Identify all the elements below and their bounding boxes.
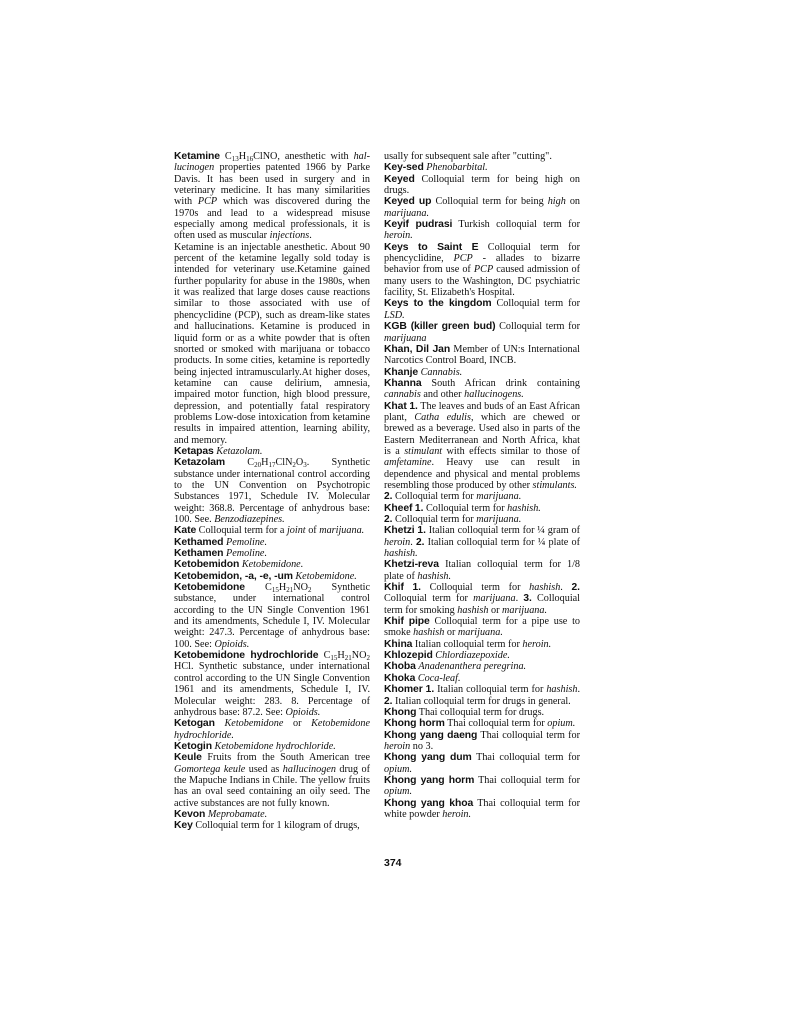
- entry-text: [215, 718, 225, 729]
- entry-headword: Ketogin: [174, 741, 212, 752]
- entry-headword: Key-sed: [384, 162, 424, 173]
- entry-text: 1.: [409, 401, 418, 412]
- dictionary-entry: Ketobemidone C15H21NO2 Synthetic substan…: [174, 582, 370, 650]
- dictionary-entry: Ketobemidon, -a, -e, -um Ketobemidone.: [174, 571, 370, 582]
- entry-text: Thai colloquial term for: [472, 752, 580, 763]
- dictionary-entry: Khong horm Thai colloquial term for opiu…: [384, 718, 580, 729]
- dictionary-entry: Ketazolam C20H17ClN2O3. Synthetic substa…: [174, 457, 370, 525]
- dictionary-entry: Ketogin Ketobemidone hydrochloride.: [174, 741, 370, 752]
- entry-headword: Kate: [174, 525, 196, 536]
- dictionary-entry: Khanje Cannabis.: [384, 367, 580, 378]
- dictionary-entry: Khong yang khoa Thai colloquial term for…: [384, 798, 580, 821]
- entry-crossref: heroin: [384, 537, 410, 548]
- entry-text: no 3.: [410, 741, 433, 752]
- dictionary-entry: Ketamine is an injectable anesthetic. Ab…: [174, 242, 370, 446]
- dictionary-entry: Kethamed Pemoline.: [174, 537, 370, 548]
- dictionary-entry: 2. Colloquial term for marijuana.: [384, 514, 580, 525]
- entry-text: 3.: [523, 593, 532, 604]
- entry-crossref: marijuana.: [476, 491, 521, 502]
- entry-headword: Khong yang khoa: [384, 798, 473, 809]
- dictionary-entry: Keule Fruits from the South American tre…: [174, 752, 370, 809]
- entry-headword: Khat: [384, 401, 407, 412]
- entry-crossref: stimulant: [404, 446, 442, 457]
- dictionary-entry: Khanna South African drink containing ca…: [384, 378, 580, 401]
- entry-text: Italian colloquial term for drugs in gen…: [393, 696, 571, 707]
- entry-text: .: [560, 582, 571, 593]
- dictionary-entry: Khong yang dum Thai colloquial term for …: [384, 752, 580, 775]
- dictionary-entry: 2. Colloquial term for marijuana.: [384, 491, 580, 502]
- entry-text: 2.: [384, 514, 393, 525]
- entry-text: or: [283, 718, 311, 729]
- entry-headword: Khomer: [384, 684, 423, 695]
- entry-headword: Ketobemidone hydrochloride: [174, 650, 318, 661]
- entry-headword: Khanje: [384, 367, 418, 378]
- entry-headword: Khetzi: [384, 525, 415, 536]
- entry-headword: Khlozepid: [384, 650, 433, 661]
- entry-text: Colloquial term for a: [196, 525, 287, 536]
- entry-text: Colloquial term for: [393, 491, 477, 502]
- dictionary-entry: Keyif pudrasi Turkish colloquial term fo…: [384, 219, 580, 242]
- entry-text: of: [306, 525, 320, 536]
- dictionary-entry: Khong yang daeng Thai colloquial term fo…: [384, 730, 580, 753]
- entry-text: Colloquial term for: [384, 593, 473, 604]
- entry-crossref: Ketobemidone hydrochloride.: [215, 741, 336, 752]
- entry-crossref: hashish: [546, 684, 577, 695]
- entry-text: used as: [245, 764, 282, 775]
- entry-crossref: marijuana: [384, 333, 426, 344]
- entry-crossref: Coca-leaf.: [418, 673, 461, 684]
- entry-headword: Khong yang daeng: [384, 730, 477, 741]
- entry-crossref: marijuana: [473, 593, 515, 604]
- entry-crossref: heroin.: [442, 809, 471, 820]
- entry-headword: Kethamen: [174, 548, 223, 559]
- entry-headword: Kheef: [384, 503, 412, 514]
- entry-crossref: hashish.: [384, 548, 418, 559]
- entry-text: Colloquial term for 1 kilogram of drugs,: [193, 820, 360, 831]
- entry-headword: Keyif pudrasi: [384, 219, 452, 230]
- entry-headword: Khanna: [384, 378, 422, 389]
- dictionary-page: Ketamine C13H16ClNO, anesthetic with hal…: [0, 0, 791, 1024]
- entry-headword: Khoba: [384, 661, 416, 672]
- dictionary-entry: Khina Italian colloquial term for heroin…: [384, 639, 580, 650]
- entry-text: or: [488, 605, 502, 616]
- entry-headword: Khong horm: [384, 718, 445, 729]
- entry-crossref: heroin: [384, 741, 410, 752]
- entry-crossref: Ketobemidone.: [295, 571, 356, 582]
- dictionary-entry: Kevon Meprobamate.: [174, 809, 370, 820]
- dictionary-entry: Key Colloquial term for 1 kilogram of dr…: [174, 820, 370, 831]
- entry-crossref: hashish.: [507, 503, 541, 514]
- entry-headword: Ketobemidon, -a, -e, -um: [174, 571, 293, 582]
- entry-headword: Khong yang dum: [384, 752, 472, 763]
- entry-crossref: Meprobamate.: [208, 809, 267, 820]
- entry-crossref: Ketobemidone.: [242, 559, 303, 570]
- entry-crossref: Catha edulis: [414, 412, 471, 423]
- dictionary-entry: Khetzi 1. Italian colloquial term for ¼ …: [384, 525, 580, 559]
- entry-text: C: [225, 457, 254, 468]
- entry-text: Italian colloquial term for ¼ plate of: [424, 537, 580, 548]
- dictionary-entry: Ketapas Ketazolam.: [174, 446, 370, 457]
- entry-text: ClN: [275, 457, 292, 468]
- entry-text: .: [309, 230, 312, 241]
- entry-text: 2.: [384, 696, 393, 707]
- entry-headword: Ketogan: [174, 718, 215, 729]
- entry-crossref: opium.: [547, 718, 575, 729]
- dictionary-entry: Ketamine C13H16ClNO, anesthetic with hal…: [174, 151, 370, 242]
- entry-headword: Khetzi-reva: [384, 559, 439, 570]
- entry-crossref: Pemoline.: [226, 548, 267, 559]
- entry-crossref: heroin.: [522, 639, 551, 650]
- entry-crossref: PCP: [454, 253, 473, 264]
- entry-headword: Key: [174, 820, 193, 831]
- entry-headword: Ketobemidone: [174, 582, 245, 593]
- entry-headword: Ketapas: [174, 446, 214, 457]
- entry-headword: Ketamine: [174, 151, 220, 162]
- dictionary-entry: Khong Thai colloquial term for drugs.: [384, 707, 580, 718]
- entry-text: Colloquial term for: [421, 582, 529, 593]
- left-column: Ketamine C13H16ClNO, anesthetic with hal…: [174, 151, 370, 832]
- entry-text: C: [245, 582, 272, 593]
- entry-text: Colloquial term for: [495, 321, 580, 332]
- dictionary-entry: Kethamen Pemoline.: [174, 548, 370, 559]
- entry-headword: Kethamed: [174, 537, 223, 548]
- dictionary-entry: Keyed up Colloquial term for being high …: [384, 196, 580, 219]
- entry-text: HCl. Synthetic substance, under internat…: [174, 661, 370, 717]
- entry-headword: Khina: [384, 639, 412, 650]
- entry-headword: Khif pipe: [384, 616, 430, 627]
- dictionary-entry: Ketobemidone hydrochloride C15H21NO2 HCl…: [174, 650, 370, 718]
- entry-crossref: injections: [270, 230, 310, 241]
- entry-crossref: hallucinogen: [283, 764, 336, 775]
- entry-headword: Kevon: [174, 809, 205, 820]
- dictionary-entry: Khomer 1. Italian colloquial term for ha…: [384, 684, 580, 707]
- entry-headword: Keyed: [384, 174, 415, 185]
- dictionary-entry: Khetzi-reva Italian colloquial term for …: [384, 559, 580, 582]
- entry-text: 2.: [384, 491, 393, 502]
- dictionary-entry: Kheef 1. Colloquial term for hashish.: [384, 503, 580, 514]
- entry-headword: Keule: [174, 752, 202, 763]
- entry-crossref: Gomortega keule: [174, 764, 245, 775]
- entry-text: Colloquial term for: [393, 514, 477, 525]
- entry-crossref: cannabis: [384, 389, 421, 400]
- page-number: 374: [384, 857, 402, 869]
- entry-headword: Keys to the kingdom: [384, 298, 492, 309]
- entry-text: or: [444, 627, 458, 638]
- dictionary-entry: Khan, Dil Jan Member of UN:s Internation…: [384, 344, 580, 367]
- dictionary-entry: KGB (killer green bud) Colloquial term f…: [384, 321, 580, 344]
- dictionary-entry: Khong yang horm Thai colloquial term for…: [384, 775, 580, 798]
- entry-crossref: Anadenanthera peregrina.: [418, 661, 526, 672]
- dictionary-entry: Khoba Anadenanthera peregrina.: [384, 661, 580, 672]
- entry-headword: Khong yang horm: [384, 775, 474, 786]
- entry-crossref: Opioids.: [214, 639, 249, 650]
- entry-text: 1.: [412, 582, 421, 593]
- entry-text: Thai colloquial term for: [445, 718, 548, 729]
- dictionary-entry: Khat 1. The leaves and buds of an East A…: [384, 401, 580, 492]
- entry-text: Italian colloquial term for: [412, 639, 522, 650]
- entry-crossref: hashish: [457, 605, 488, 616]
- entry-headword: Keys to Saint E: [384, 242, 478, 253]
- entry-text: Colloquial term for being: [431, 196, 547, 207]
- entry-crossref: Cannabis.: [421, 367, 463, 378]
- dictionary-entry: Keys to Saint E Colloquial term for phen…: [384, 242, 580, 299]
- entry-text: Thai colloquial term for: [474, 775, 580, 786]
- entry-crossref: marijuana.: [458, 627, 503, 638]
- entry-headword: Ketazolam: [174, 457, 225, 468]
- entry-text: Fruits from the South American tree: [202, 752, 370, 763]
- entry-text: C: [318, 650, 330, 661]
- entry-text: Italian colloquial term for ¼ gram of: [426, 525, 580, 536]
- entry-headword: Khoka: [384, 673, 415, 684]
- entry-text: South African drink containing: [422, 378, 580, 389]
- entry-text: Italian colloquial term for: [434, 684, 546, 695]
- entry-text: Colloquial term for: [492, 298, 580, 309]
- dictionary-entry: Khoka Coca-leaf.: [384, 673, 580, 684]
- entry-headword: Khif: [384, 582, 404, 593]
- entry-text: on: [566, 196, 580, 207]
- entry-crossref: Phenobarbital.: [426, 162, 487, 173]
- entry-crossref: Pemoline.: [226, 537, 267, 548]
- entry-headword: KGB (killer green bud): [384, 321, 495, 332]
- entry-crossref: marijuana.: [502, 605, 547, 616]
- entry-crossref: hashish.: [417, 571, 451, 582]
- entry-crossref: opium.: [384, 786, 412, 797]
- entry-crossref: Ketazolam.: [216, 446, 262, 457]
- entry-crossref: stimulants.: [533, 480, 577, 491]
- entry-crossref: Opioids.: [285, 707, 320, 718]
- entry-text: Ketamine is an injectable anesthetic. Ab…: [174, 242, 370, 446]
- entry-text: NO: [293, 582, 308, 593]
- entry-headword: Khan, Dil Jan: [384, 344, 450, 355]
- entry-text: Thai colloquial term for drugs.: [416, 707, 544, 718]
- entry-crossref: opium.: [384, 764, 412, 775]
- entry-headword: Ketobemidon: [174, 559, 239, 570]
- entry-text: NO: [352, 650, 367, 661]
- entry-text: 2.: [572, 582, 581, 593]
- entry-crossref: heroin.: [384, 230, 413, 241]
- entry-text: H: [239, 151, 246, 162]
- entry-crossref: PCP: [474, 264, 493, 275]
- dictionary-entry: Keys to the kingdom Colloquial term for …: [384, 298, 580, 321]
- entry-crossref: hallucinogens.: [464, 389, 524, 400]
- dictionary-entry: Key-sed Phenobarbital.: [384, 162, 580, 173]
- entry-crossref: hashish: [413, 627, 444, 638]
- entry-crossref: marijuana.: [384, 208, 429, 219]
- entry-text: H: [337, 650, 344, 661]
- entry-crossref: joint: [287, 525, 306, 536]
- entry-crossref: LSD.: [384, 310, 405, 321]
- dictionary-entry: Kate Colloquial term for a joint of mari…: [174, 525, 370, 536]
- entry-text: with effects similar to those of: [442, 446, 580, 457]
- entry-crossref: amfetamine: [384, 457, 432, 468]
- entry-text: 1.: [417, 525, 426, 536]
- entry-crossref: Ketobemidone: [225, 718, 284, 729]
- entry-text: C: [220, 151, 232, 162]
- entry-text: usally for subsequent sale after "cuttin…: [384, 151, 552, 162]
- entry-text: Colloquial term for: [423, 503, 507, 514]
- dictionary-entry: Ketogan Ketobemidone or Ketobemidone hyd…: [174, 718, 370, 741]
- entry-crossref: high: [548, 196, 566, 207]
- entry-text: .: [577, 684, 580, 695]
- entry-crossref: marijuana.: [476, 514, 521, 525]
- entry-headword: Khong: [384, 707, 416, 718]
- entry-text: ClNO, anesthetic with: [253, 151, 354, 162]
- dictionary-entry: Khlozepid Chlordiazepoxide.: [384, 650, 580, 661]
- dictionary-entry: usally for subsequent sale after "cuttin…: [384, 151, 580, 162]
- entry-text: and other: [421, 389, 464, 400]
- dictionary-entry: Khif 1. Colloquial term for hashish. 2. …: [384, 582, 580, 616]
- entry-text: Thai colloquial term for: [477, 730, 580, 741]
- dictionary-entry: Keyed Colloquial term for being high on …: [384, 174, 580, 197]
- entry-crossref: Benzodiazepines.: [214, 514, 284, 525]
- entry-crossref: marijuana.: [319, 525, 364, 536]
- entry-crossref: Chlordiazepoxide.: [435, 650, 510, 661]
- entry-headword: Keyed up: [384, 196, 431, 207]
- entry-crossref: hashish: [529, 582, 560, 593]
- dictionary-entry: Khif pipe Colloquial term for a pipe use…: [384, 616, 580, 639]
- right-column: usally for subsequent sale after "cuttin…: [384, 151, 580, 820]
- entry-text: Turkish colloquial term for: [452, 219, 580, 230]
- entry-crossref: PCP: [198, 196, 217, 207]
- dictionary-entry: Ketobemidon Ketobemidone.: [174, 559, 370, 570]
- entry-text: 1.: [426, 684, 435, 695]
